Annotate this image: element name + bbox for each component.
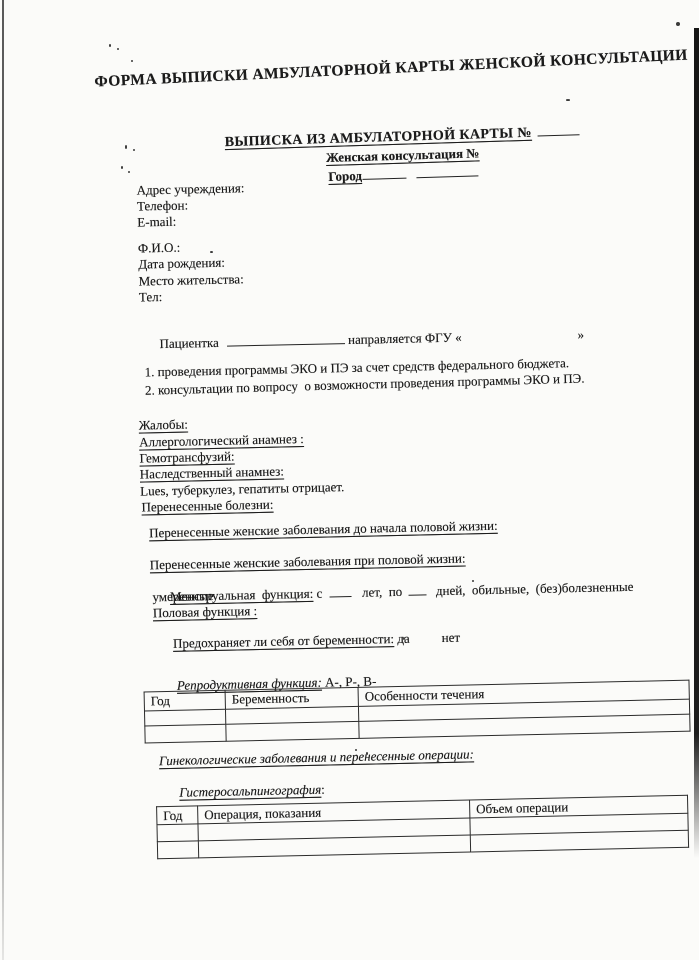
contraception-label: Предохраняет ли себя от беременности: bbox=[173, 631, 394, 651]
pregnancy-table-header-year: Год bbox=[144, 690, 225, 711]
scan-speckle bbox=[676, 22, 680, 26]
institution-name-blank bbox=[462, 339, 578, 342]
scan-speckle bbox=[121, 166, 123, 169]
document-sheet: ФОРМА ВЫПИСКИ АМБУЛАТОРНОЙ КАРТЫ ЖЕНСКОЙ… bbox=[0, 0, 699, 960]
scan-speckle bbox=[117, 48, 119, 50]
scan-speckle bbox=[403, 637, 405, 640]
menstrual-tail: дней, обильные, (без)болезненные bbox=[429, 579, 633, 598]
pregnancy-history-table: Год Беременность Особенности течения bbox=[144, 680, 691, 744]
gynecological-diseases-label: Гинекологические заболевания и перенесен… bbox=[159, 746, 474, 768]
menstrual-mid: лет, по bbox=[355, 584, 405, 600]
institution-email-label: E-mail: bbox=[137, 214, 176, 230]
infections-value: Lues, туберкулез, гепатиты отрицает. bbox=[140, 479, 344, 498]
scan-speckle bbox=[128, 171, 130, 173]
patient-name-blank bbox=[227, 331, 345, 347]
city-label: Город bbox=[328, 168, 362, 184]
hereditary-anamnesis-label: Наследственный анамнез: bbox=[140, 463, 284, 481]
menarche-age-blank bbox=[329, 584, 351, 597]
menstrual-from: с bbox=[313, 586, 326, 601]
hysterosalpingography-colon: : bbox=[321, 782, 325, 797]
scan-speckle bbox=[472, 580, 474, 582]
institution-address-label: Адрес учреждения: bbox=[136, 180, 244, 197]
operations-table: Год Операция, показания Объем операции bbox=[156, 795, 689, 860]
scanned-document-page: ФОРМА ВЫПИСКИ АМБУЛАТОРНОЙ КАРТЫ ЖЕНСКОЙ… bbox=[0, 0, 699, 960]
contraception-no: нет bbox=[442, 630, 461, 645]
past-diseases-label: Перенесенные болезни: bbox=[141, 497, 273, 515]
patient-birthdate-label: Дата рождения: bbox=[138, 255, 225, 272]
scan-speckle bbox=[210, 251, 213, 253]
referral-close-quote: » bbox=[577, 327, 584, 342]
cell bbox=[157, 824, 198, 842]
institution-phone-label: Телефон: bbox=[137, 197, 188, 213]
form-header-note: ФОРМА ВЫПИСКИ АМБУЛАТОРНОЙ КАРТЫ ЖЕНСКОЙ… bbox=[91, 47, 691, 89]
scan-left-edge bbox=[2, 0, 4, 960]
cycle-days-blank bbox=[408, 582, 426, 595]
hemotransfusion-label: Гемотрансфузий: bbox=[139, 449, 234, 466]
patient-fio-label: Ф.И.О.: bbox=[138, 240, 181, 256]
scan-speckle bbox=[131, 60, 133, 62]
city-blank-2 bbox=[416, 163, 478, 178]
scan-speckle bbox=[566, 99, 570, 101]
complaints-label: Жалобы: bbox=[139, 417, 188, 433]
female-diseases-before-label: Перенесенные женские заболевания до нача… bbox=[149, 518, 498, 541]
menstrual-function-cont: умеренные bbox=[152, 588, 213, 604]
cell bbox=[470, 830, 688, 852]
scan-speckle bbox=[133, 149, 135, 151]
cell bbox=[157, 841, 198, 859]
patient-residence-label: Место жительства: bbox=[138, 271, 243, 288]
referral-prefix: Пациентка bbox=[159, 335, 219, 351]
scan-speckle bbox=[366, 752, 368, 755]
contraception-line: Предохраняет ли себя от беременности: да… bbox=[153, 615, 461, 667]
sexual-function-label: Половая функция : bbox=[153, 603, 258, 620]
scan-speckle bbox=[125, 145, 127, 149]
cell bbox=[226, 721, 359, 741]
operations-table-header-year: Год bbox=[157, 806, 198, 825]
scan-speckle bbox=[109, 44, 111, 47]
scan-right-edge bbox=[694, 28, 699, 858]
cell bbox=[145, 724, 226, 743]
allergy-anamnesis-label: Аллергологический анамнез : bbox=[139, 431, 304, 450]
city-blank-1 bbox=[362, 166, 406, 180]
scan-speckle bbox=[355, 749, 357, 751]
hysterosalpingography-label: Гистеросальпингография bbox=[179, 782, 321, 800]
patient-tel-label: Тел: bbox=[139, 289, 163, 305]
referral-middle: направляется ФГУ « bbox=[345, 330, 462, 348]
contraception-gap bbox=[410, 642, 442, 643]
